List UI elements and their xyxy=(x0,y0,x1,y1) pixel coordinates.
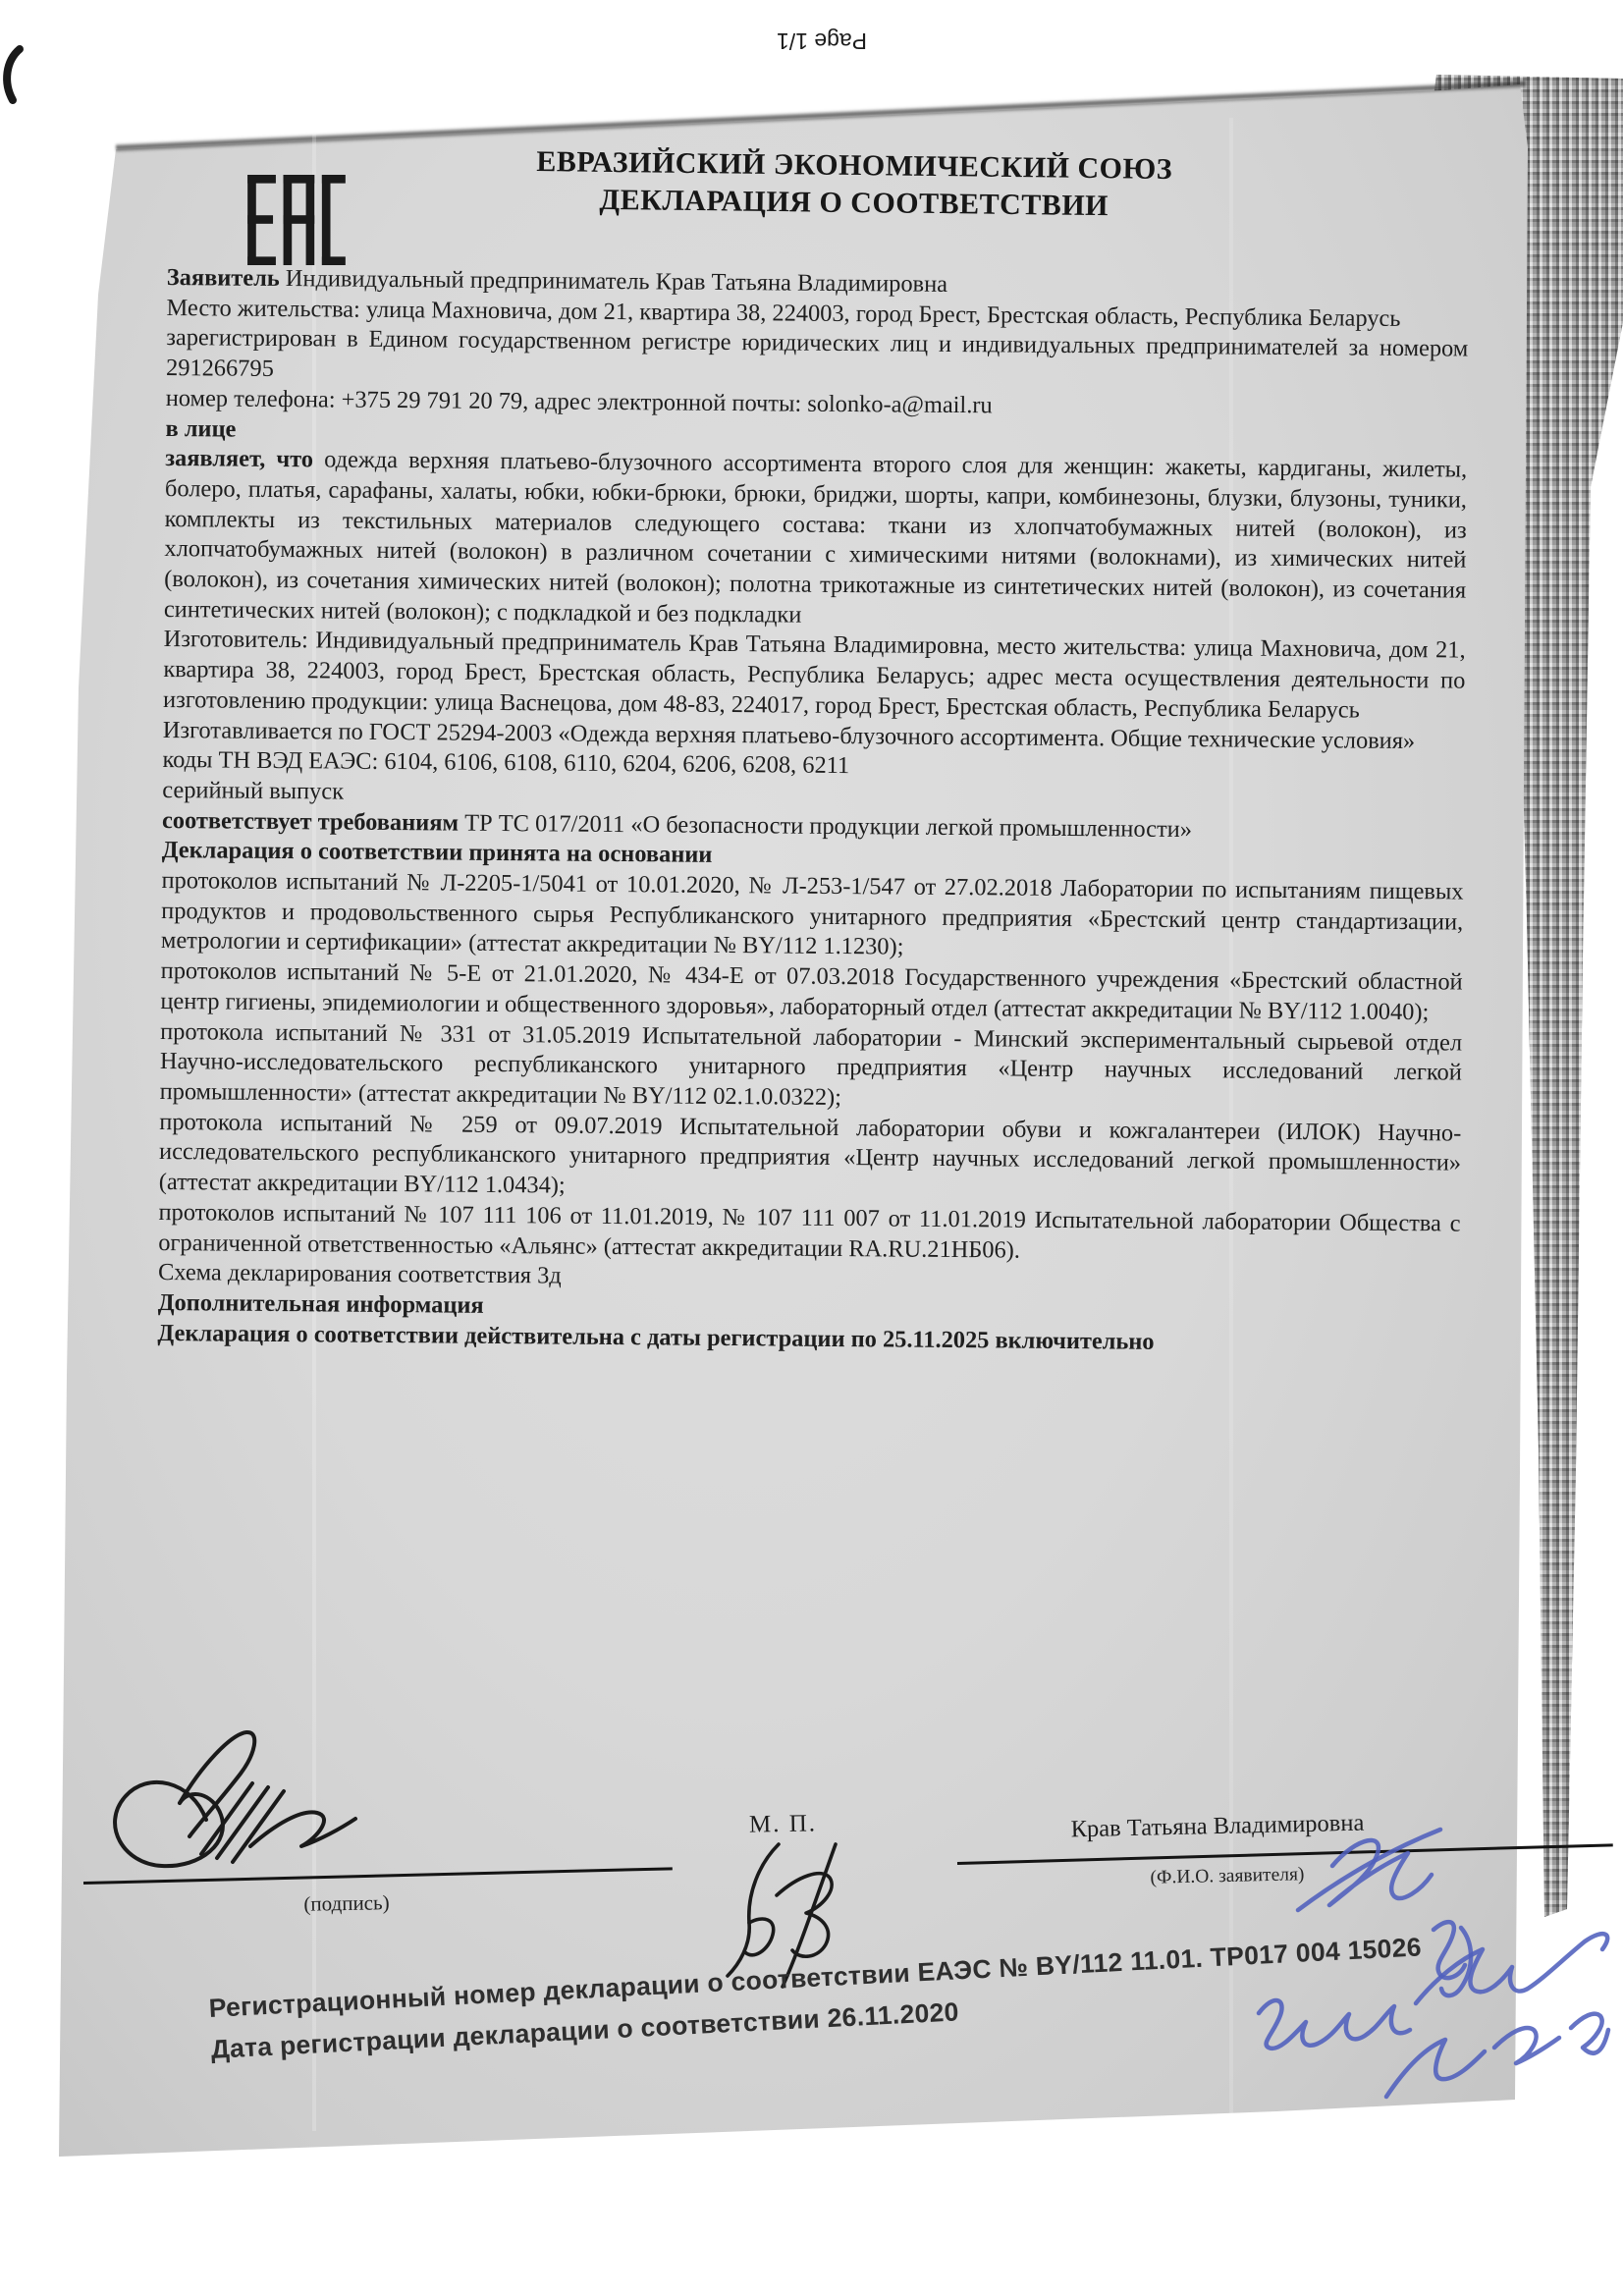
scan-edge-mark-icon xyxy=(0,43,26,106)
document-body: Заявитель Индивидуальный предприниматель… xyxy=(157,263,1469,1360)
signature-icon xyxy=(54,1726,476,1893)
signature-caption: (подпись) xyxy=(234,1889,460,1918)
pen-scribble-icon xyxy=(1239,1812,1623,2138)
body-paragraph: протокола испытаний № 259 от 09.07.2019 … xyxy=(159,1108,1462,1210)
body-paragraph: заявляет, что одежда верхняя платьево-бл… xyxy=(164,444,1468,636)
body-paragraph: протоколов испытаний № Л-2205-1/5041 от … xyxy=(161,866,1464,968)
scanned-declaration-page: Page 1/1 ЕВРАЗИЙСКИЙ ЭКОНОМИЧЕСКИЙ СОЮЗ … xyxy=(0,0,1623,2296)
page-indicator: Page 1/1 xyxy=(738,27,905,54)
eac-logo-icon xyxy=(247,175,346,265)
body-paragraph: зарегистрирован в Едином государственном… xyxy=(166,323,1468,395)
document-title: ЕВРАЗИЙСКИЙ ЭКОНОМИЧЕСКИЙ СОЮЗ ДЕКЛАРАЦИ… xyxy=(422,142,1287,228)
body-paragraph: Изготовитель: Индивидуальный предпринима… xyxy=(163,625,1466,727)
body-paragraph: протокола испытаний № 331 от 31.05.2019 … xyxy=(159,1017,1462,1120)
body-paragraph: протоколов испытаний № 107 111 106 от 11… xyxy=(158,1198,1460,1270)
body-paragraph: протоколов испытаний № 5-Е от 21.01.2020… xyxy=(160,957,1462,1028)
